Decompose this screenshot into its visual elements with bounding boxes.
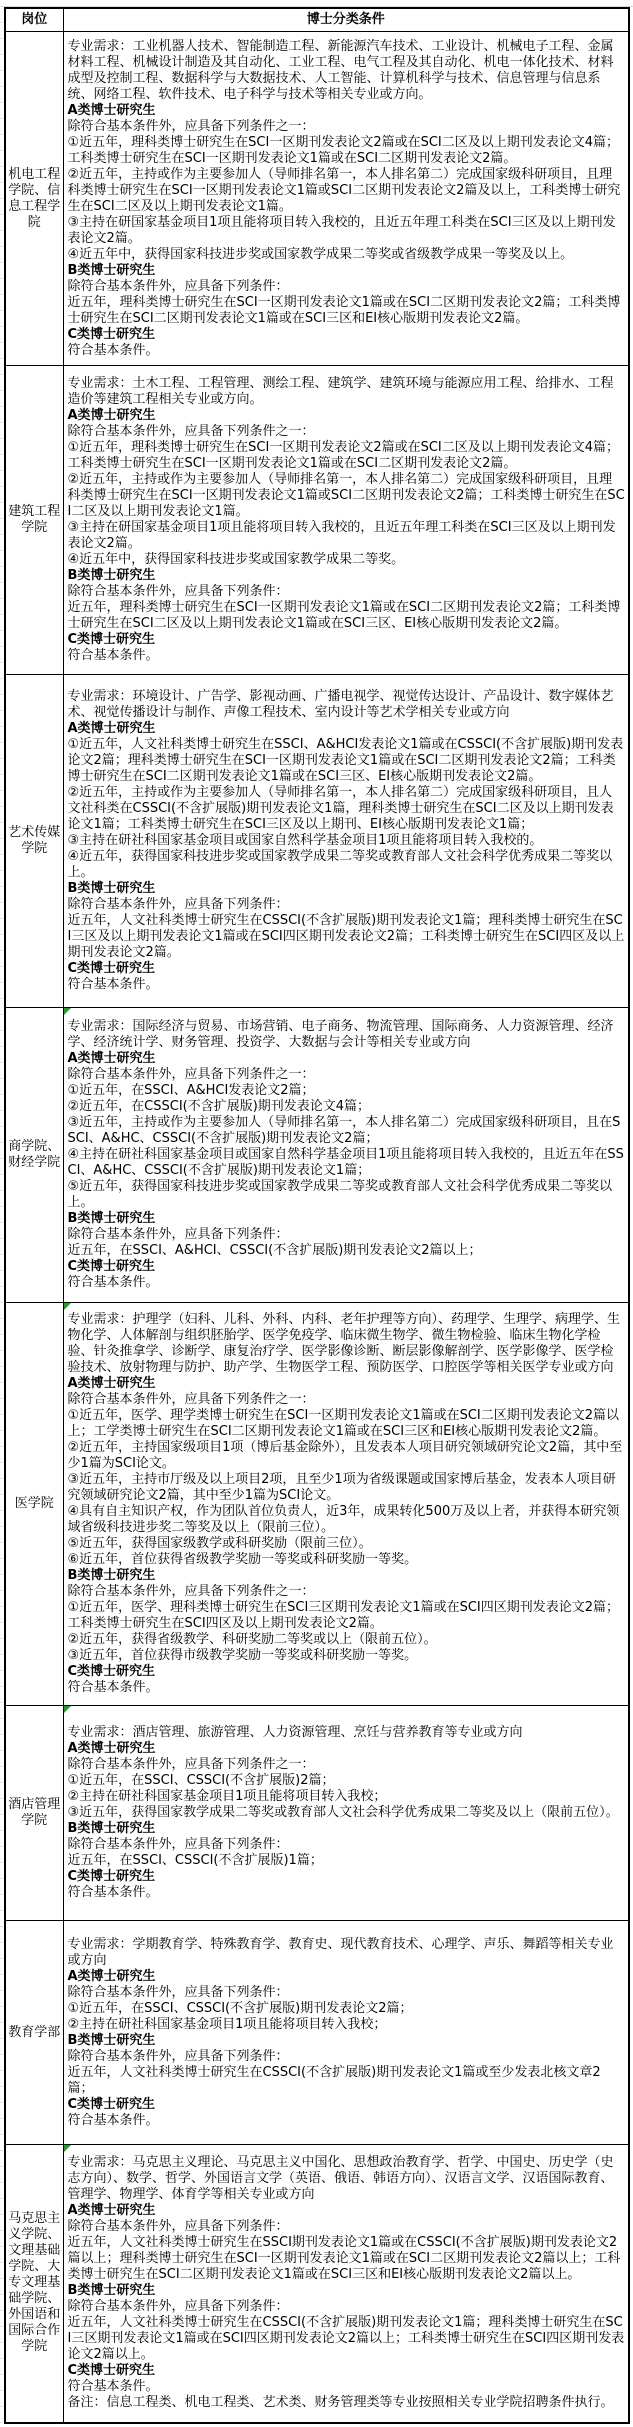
condition-text: ②主持在研社科国家基金项目1项且能将项目转入我校； xyxy=(68,1789,626,1805)
condition-text: 除符合基本条件外，应具备下列条件之一： xyxy=(68,119,626,135)
condition-text: ③近五年，首位获得市级教学奖励一等奖或科研奖励一等奖。 xyxy=(68,1648,626,1664)
cell-comment-marker-icon xyxy=(64,2145,71,2152)
condition-text: 符合基本条件。 xyxy=(68,977,626,993)
category-heading: C类博士研究生 xyxy=(68,961,626,977)
category-heading: A类博士研究生 xyxy=(68,408,626,424)
condition-text: 除符合基本条件外，应具备下列条件之一： xyxy=(68,424,626,440)
conditions-cell: 专业需求：酒店管理、旅游管理、人力资源管理、烹饪与营养教育等专业或方向A类博士研… xyxy=(63,1706,629,1921)
cell-comment-marker-icon xyxy=(64,1303,71,1310)
condition-text: 除符合基本条件外，应具备下列条件之一： xyxy=(68,1584,626,1600)
conditions-cell: 专业需求：学期教育学、特殊教育学、教育史、现代教育技术、心理学、声乐、舞蹈等相关… xyxy=(63,1921,629,2145)
category-heading: B类博士研究生 xyxy=(68,2283,626,2299)
college-cell: 医学院 xyxy=(5,1303,63,1706)
condition-text: 符合基本条件。 xyxy=(68,648,626,664)
college-name: 建筑工程学院 xyxy=(8,504,60,535)
condition-text: ②近五年，主持或作为主要参加人（导师排名第一，本人排名第二）完成国家级科研项目，… xyxy=(68,785,626,833)
condition-text: 近五年，人文社科类博士研究生在SSCI期刊发表论文1篇或在CSSCI(不含扩展版… xyxy=(68,2235,626,2283)
college-name: 艺术传媒学院 xyxy=(8,825,60,856)
condition-text: 除符合基本条件外，应具备下列条件之一： xyxy=(68,1392,626,1408)
condition-text: ①近五年，医学、理学类博士研究生在SCI一区期刊发表论文1篇或在SCI二区期刊发… xyxy=(68,1408,626,1440)
condition-text: ③近五年，主持或作为主要参加人（导师排名第一，本人排名第二）完成国家级科研项目，… xyxy=(68,1115,626,1147)
spreadsheet-sheet: 岗位 博士分类条件 机电工程学院、信息工程学院 专业需求：工业机器人技术、智能制… xyxy=(0,0,633,2424)
condition-text: 符合基本条件。 xyxy=(68,1275,626,1291)
table-body: 机电工程学院、信息工程学院 专业需求：工业机器人技术、智能制造工程、新能源汽车技… xyxy=(5,32,629,2423)
category-heading: B类博士研究生 xyxy=(68,1821,626,1837)
condition-text: 专业需求：酒店管理、旅游管理、人力资源管理、烹饪与营养教育等专业或方向 xyxy=(68,1725,626,1741)
category-heading: A类博士研究生 xyxy=(68,103,626,119)
condition-text: ①近五年，在SSCI、CSSCI(不含扩展版)期刊发表论文2篇； xyxy=(68,2001,626,2017)
table-row: 艺术传媒学院 专业需求：环境设计、广告学、影视动画、广播电视学、视觉传达设计、产… xyxy=(5,675,629,1008)
condition-text: ④具有自主知识产权，作为团队首位负责人，近3年，成果转化500万及以上者，并获得… xyxy=(68,1504,626,1536)
college-cell: 马克思主义学院、文理基础学院、大专文理基础学院、外国语和国际合作学院 xyxy=(5,2145,63,2423)
category-heading: B类博士研究生 xyxy=(68,881,626,897)
condition-text: 除符合基本条件外，应具备下列条件： xyxy=(68,2299,626,2315)
condition-text: 除符合基本条件外，应具备下列条件： xyxy=(68,2049,626,2065)
condition-text: 符合基本条件。 xyxy=(68,2379,626,2395)
college-name: 医学院 xyxy=(15,1496,54,1511)
condition-text: 符合基本条件。 xyxy=(68,1885,626,1901)
condition-text: 除符合基本条件外，应具备下列条件： xyxy=(68,1985,626,2001)
condition-text: 除符合基本条件外，应具备下列条件： xyxy=(68,1227,626,1243)
condition-text: 符合基本条件。 xyxy=(68,2113,626,2129)
condition-text: 专业需求：护理学（妇科、儿科、外科、内科、老年护理等方向）、药理学、生理学、病理… xyxy=(68,1312,626,1376)
condition-text: ①近五年，在SSCI、CSSCI(不含扩展版)2篇； xyxy=(68,1773,626,1789)
category-heading: C类博士研究生 xyxy=(68,2363,626,2379)
condition-text: ②近五年，在CSSCI(不含扩展版)期刊发表论文4篇； xyxy=(68,1099,626,1115)
condition-text: 近五年，人文社科类博士研究生在CSSCI(不含扩展版)期刊发表论文1篇或至少发表… xyxy=(68,2065,626,2097)
table-row: 医学院 专业需求：护理学（妇科、儿科、外科、内科、老年护理等方向）、药理学、生理… xyxy=(5,1303,629,1706)
table-header-row: 岗位 博士分类条件 xyxy=(5,8,629,32)
condition-text: ②近五年，获得省级教学、科研奖励二等奖或以上（限前五位）。 xyxy=(68,1632,626,1648)
table-row: 建筑工程学院 专业需求：土木工程、工程管理、测绘工程、建筑学、建筑环境与能源应用… xyxy=(5,366,629,675)
condition-text: 除符合基本条件外，应具备下列条件之一： xyxy=(68,1757,626,1773)
sheet-left-gridlines xyxy=(0,7,3,2424)
category-heading: B类博士研究生 xyxy=(68,1568,626,1584)
college-cell: 酒店管理学院 xyxy=(5,1706,63,1921)
table-row: 商学院、财经学院 专业需求：国际经济与贸易、市场营销、电子商务、物流管理、国际商… xyxy=(5,1008,629,1303)
category-heading: C类博士研究生 xyxy=(68,2097,626,2113)
conditions-cell: 专业需求：环境设计、广告学、影视动画、广播电视学、视觉传达设计、产品设计、数字媒… xyxy=(63,675,629,1008)
doctor-classification-table: 岗位 博士分类条件 机电工程学院、信息工程学院 专业需求：工业机器人技术、智能制… xyxy=(4,7,630,2424)
condition-text: 专业需求：工业机器人技术、智能制造工程、新能源汽车技术、工业设计、机械电子工程、… xyxy=(68,39,626,103)
category-heading: A类博士研究生 xyxy=(68,1051,626,1067)
category-heading: A类博士研究生 xyxy=(68,1969,626,1985)
condition-text: 近五年，在SSCI、A&HCI、CSSCI(不含扩展版)期刊发表论文2篇以上； xyxy=(68,1243,626,1259)
condition-text: ④近五年，获得国家科技进步奖或国家教学成果二等奖或教育部人文社会科学优秀成果二等… xyxy=(68,849,626,881)
condition-text: ③近五年，获得国家教学成果二等奖或教育部人文社会科学优秀成果二等奖及以上（限前五… xyxy=(68,1805,626,1821)
cell-comment-marker-icon xyxy=(64,1008,71,1015)
conditions-cell: 专业需求：护理学（妇科、儿科、外科、内科、老年护理等方向）、药理学、生理学、病理… xyxy=(63,1303,629,1706)
condition-text: 除符合基本条件外，应具备下列条件之一： xyxy=(68,1067,626,1083)
condition-text: 近五年，理科类博士研究生在SCI一区期刊发表论文1篇或在SCI二区期刊发表论文2… xyxy=(68,600,626,632)
category-heading: C类博士研究生 xyxy=(68,327,626,343)
condition-text: ③主持在研社科国家基金项目或国家自然科学基金项目1项且能将项目转入我校的。 xyxy=(68,833,626,849)
college-cell: 艺术传媒学院 xyxy=(5,675,63,1008)
condition-text: 除符合基本条件外，应具备下列条件： xyxy=(68,897,626,913)
college-name: 酒店管理学院 xyxy=(8,1797,60,1828)
category-heading: C类博士研究生 xyxy=(68,632,626,648)
college-cell: 商学院、财经学院 xyxy=(5,1008,63,1303)
condition-text: 近五年，在SSCI、CSSCI(不含扩展版)1篇； xyxy=(68,1853,626,1869)
conditions-cell: 专业需求：工业机器人技术、智能制造工程、新能源汽车技术、工业设计、机械电子工程、… xyxy=(63,32,629,366)
table-row: 教育学部 专业需求：学期教育学、特殊教育学、教育史、现代教育技术、心理学、声乐、… xyxy=(5,1921,629,2145)
college-cell: 机电工程学院、信息工程学院 xyxy=(5,32,63,366)
condition-text: ④近五年中，获得国家科技进步奖或国家教学成果二等奖。 xyxy=(68,552,626,568)
conditions-cell: 专业需求：土木工程、工程管理、测绘工程、建筑学、建筑环境与能源应用工程、给排水、… xyxy=(63,366,629,675)
condition-text: 除符合基本条件外，应具备下列条件： xyxy=(68,1837,626,1853)
category-heading: C类博士研究生 xyxy=(68,1664,626,1680)
condition-text: ⑤近五年，获得国家级教学或科研奖励（限前三位）。 xyxy=(68,1536,626,1552)
condition-text: ②近五年，主持或作为主要参加人（导师排名第一，本人排名第二）完成国家级科研项目，… xyxy=(68,472,626,520)
college-name: 教育学部 xyxy=(8,2025,60,2040)
condition-text: ①近五年，在SSCI、A&HCI发表论文2篇； xyxy=(68,1083,626,1099)
condition-text: ③近五年，主持市厅级及以上项目2项，且至少1项为省级课题或国家博后基金，发表本人… xyxy=(68,1472,626,1504)
category-heading: B类博士研究生 xyxy=(68,568,626,584)
conditions-cell: 专业需求：马克思主义理论、马克思主义中国化、思想政治教育学、哲学、中国史、历史学… xyxy=(63,2145,629,2423)
college-name: 机电工程学院、信息工程学院 xyxy=(8,167,60,230)
condition-text: 除符合基本条件外，应具备下列条件： xyxy=(68,279,626,295)
condition-text: 专业需求：土木工程、工程管理、测绘工程、建筑学、建筑环境与能源应用工程、给排水、… xyxy=(68,376,626,408)
condition-text: ①近五年，理科类博士研究生在SCI一区期刊发表论文2篇或在SCI二区及以上期刊发… xyxy=(68,135,626,167)
condition-text: ④近五年中，获得国家科技进步奖或国家教学成果二等奖或省级教学成果一等奖及以上。 xyxy=(68,247,626,263)
column-header-doctor-conditions: 博士分类条件 xyxy=(63,8,629,32)
condition-text: 专业需求：马克思主义理论、马克思主义中国化、思想政治教育学、哲学、中国史、历史学… xyxy=(68,2155,626,2203)
condition-text: 近五年，人文社科类博士研究生在CSSCI(不含扩展版)期刊发表论文1篇；理科类博… xyxy=(68,913,626,961)
condition-text: 符合基本条件。 xyxy=(68,1680,626,1696)
condition-text: ①近五年，理科类博士研究生在SCI一区期刊发表论文2篇或在SCI二区及以上期刊发… xyxy=(68,440,626,472)
college-name: 商学院、财经学院 xyxy=(8,1139,60,1170)
category-heading: A类博士研究生 xyxy=(68,2203,626,2219)
condition-text: 专业需求：国际经济与贸易、市场营销、电子商务、物流管理、国际商务、人力资源管理、… xyxy=(68,1019,626,1051)
condition-text: ⑥近五年，首位获得省级教学奖励一等奖或科研奖励一等奖。 xyxy=(68,1552,626,1568)
category-heading: C类博士研究生 xyxy=(68,1259,626,1275)
college-cell: 教育学部 xyxy=(5,1921,63,2145)
condition-text: ②主持在研社科国家基金项目1项且能将项目转入我校； xyxy=(68,2017,626,2033)
condition-text: ③主持在研国家基金项目1项且能将项目转入我校的，且近五年理工科类在SCI三区及以… xyxy=(68,520,626,552)
condition-text: ④主持在研社科国家基金项目或国家自然科学基金项目1项且能将项目转入我校的，且近五… xyxy=(68,1147,626,1179)
condition-text: ③主持在研国家基金项目1项且能将项目转入我校的，且近五年理工科类在SCI三区及以… xyxy=(68,215,626,247)
category-heading: A类博士研究生 xyxy=(68,721,626,737)
condition-text: ①近五年，医学、理科类博士研究生在SCI三区期刊发表论文1篇或在SCI四区期刊发… xyxy=(68,1600,626,1632)
category-heading: B类博士研究生 xyxy=(68,263,626,279)
condition-text: ②近五年，主持国家级项目1项（博后基金除外），且发表本人项目研究领域研究论文2篇… xyxy=(68,1440,626,1472)
category-heading: C类博士研究生 xyxy=(68,1869,626,1885)
condition-text: ①近五年，人文社科类博士研究生在SSCI、A&HCI发表论文1篇或在CSSCI(… xyxy=(68,737,626,785)
conditions-cell: 专业需求：国际经济与贸易、市场营销、电子商务、物流管理、国际商务、人力资源管理、… xyxy=(63,1008,629,1303)
category-heading: A类博士研究生 xyxy=(68,1376,626,1392)
condition-text: 备注：信息工程类、机电工程类、艺术类、财务管理类等专业按照相关专业学院招聘条件执… xyxy=(68,2395,626,2411)
table-row: 酒店管理学院 专业需求：酒店管理、旅游管理、人力资源管理、烹饪与营养教育等专业或… xyxy=(5,1706,629,1921)
college-cell: 建筑工程学院 xyxy=(5,366,63,675)
condition-text: 除符合基本条件外，应具备下列条件： xyxy=(68,584,626,600)
table-row: 马克思主义学院、文理基础学院、大专文理基础学院、外国语和国际合作学院 专业需求：… xyxy=(5,2145,629,2423)
condition-text: 专业需求：环境设计、广告学、影视动画、广播电视学、视觉传达设计、产品设计、数字媒… xyxy=(68,689,626,721)
condition-text: ⑤近五年，获得国家科技进步奖或国家教学成果二等奖或教育部人文社会科学优秀成果二等… xyxy=(68,1179,626,1211)
category-heading: A类博士研究生 xyxy=(68,1741,626,1757)
cell-comment-marker-icon xyxy=(64,1706,71,1713)
condition-text: 符合基本条件。 xyxy=(68,343,626,359)
condition-text: 专业需求：学期教育学、特殊教育学、教育史、现代教育技术、心理学、声乐、舞蹈等相关… xyxy=(68,1937,626,1969)
sheet-top-gridline xyxy=(0,0,633,7)
condition-text: 除符合基本条件外，应具备下列条件： xyxy=(68,2219,626,2235)
category-heading: B类博士研究生 xyxy=(68,2033,626,2049)
condition-text: ②近五年，主持或作为主要参加人（导师排名第一，本人排名第二）完成国家级科研项目，… xyxy=(68,167,626,215)
college-name: 马克思主义学院、文理基础学院、大专文理基础学院、外国语和国际合作学院 xyxy=(8,2211,60,2354)
table-row: 机电工程学院、信息工程学院 专业需求：工业机器人技术、智能制造工程、新能源汽车技… xyxy=(5,32,629,366)
condition-text: 近五年，理科类博士研究生在SCI一区期刊发表论文1篇或在SCI二区期刊发表论文2… xyxy=(68,295,626,327)
column-header-position: 岗位 xyxy=(5,8,63,32)
condition-text: 近五年，人文社科类博士研究生在CSSCI(不含扩展版)期刊发表论文1篇；理科类博… xyxy=(68,2315,626,2363)
category-heading: B类博士研究生 xyxy=(68,1211,626,1227)
